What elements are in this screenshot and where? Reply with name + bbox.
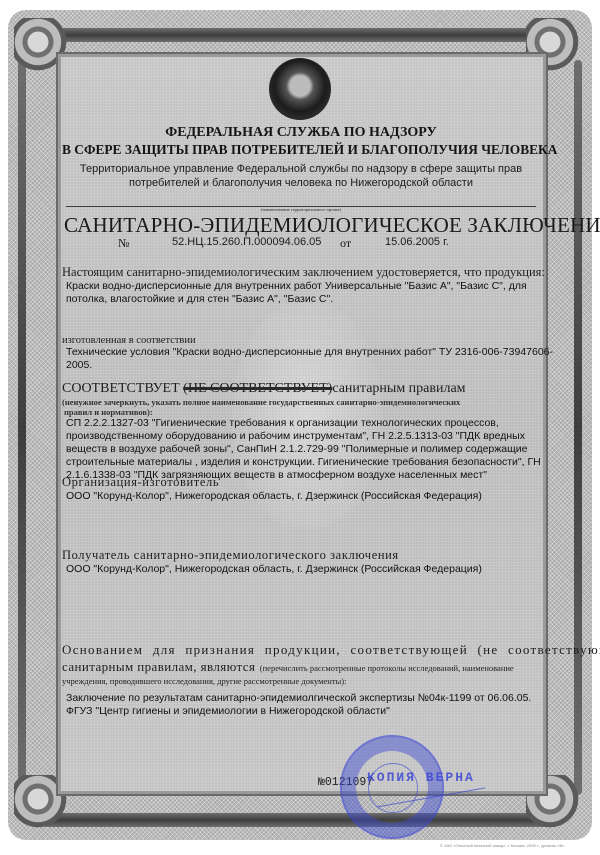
conformity-hint-line1: (ненужное зачеркнуть, указать полное наи… [62, 397, 540, 407]
hologram-emblem-icon [269, 58, 331, 120]
number-label: № [118, 236, 129, 251]
conformity-line: СООТВЕТСТВУЕТ (НЕ СООТВЕТСТВУЕТ)санитарн… [62, 381, 540, 397]
manufactured-section: изготовленная в соответствии Технические… [62, 335, 540, 372]
conformity-hint: (ненужное зачеркнуть, указать полное наи… [62, 397, 540, 417]
norms-line: производственному оборудованию и рабочим… [66, 430, 540, 443]
frame-wave-band-left [18, 60, 26, 795]
recipient-value: ООО "Корунд-Колор", Нижегородская област… [62, 563, 540, 576]
product-lead: Настоящим санитарно-эпидемиологическим з… [62, 265, 540, 280]
product-text-line1: Краски водно-дисперсионные для внутренни… [62, 280, 540, 293]
grounds-lead-text: санитарным правилам, являются [62, 659, 255, 674]
territorial-body-line1: Территориальное управление Федеральной с… [62, 162, 540, 176]
conformity-section: СООТВЕТСТВУЕТ (НЕ СООТВЕТСТВУЕТ)санитарн… [62, 381, 540, 482]
grounds-section: Основанием для признания продукции, соот… [62, 642, 540, 718]
norms-line: строительные материалы , изделия и конст… [66, 456, 540, 469]
territorial-body: Территориальное управление Федеральной с… [62, 162, 540, 190]
document-number: 52.НЦ.15.260.П.000094.06.05 [172, 236, 321, 248]
agency-heading-line2: В СФЕРЕ ЗАЩИТЫ ПРАВ ПОТРЕБИТЕЛЕЙ И БЛАГО… [62, 141, 540, 158]
manufacturer-section: Организация-изготовитель ООО "Корунд-Кол… [62, 475, 540, 503]
not-complies-text: (НЕ СООТВЕТСТВУЕТ) [183, 381, 332, 396]
frame-wave-band-top [40, 28, 560, 42]
rules-text: санитарным правилам [332, 381, 465, 396]
document-title: САНИТАРНО-ЭПИДЕМИОЛОГИЧЕСКОЕ ЗАКЛЮЧЕНИЕ [64, 213, 542, 238]
product-text-line2: потолка, влагостойкие и для стен "Базис … [62, 293, 540, 306]
grounds-hint-line1: (перечислить рассмотренные протоколы исс… [260, 663, 514, 673]
document-number-line: № 52.НЦ.15.260.П.000094.06.05 от 15.06.2… [62, 236, 540, 250]
grounds-text-line2: ФГУЗ "Центр гигиены и эпидемиологии в Ни… [62, 705, 540, 718]
frame-wave-band-right [574, 60, 582, 795]
manufacturer-value: ООО "Корунд-Колор", Нижегородская област… [62, 490, 540, 503]
territorial-body-caption: (наименование территориального органа) [62, 207, 540, 212]
date-label: от [340, 236, 351, 251]
recipient-label: Получатель санитарно-эпидемиологического… [62, 548, 540, 563]
territorial-body-line2: потребителей и благополучия человека по … [62, 176, 540, 190]
norms-list: СП 2.2.2.1327-03 "Гигиенические требован… [62, 417, 540, 482]
manufactured-label: изготовленная в соответствии [62, 335, 540, 346]
norms-line: СП 2.2.2.1327-03 "Гигиенические требован… [66, 417, 540, 430]
grounds-lead-line1: Основанием для признания продукции, соот… [62, 642, 540, 658]
complies-text: СООТВЕТСТВУЕТ [62, 381, 180, 396]
product-section: Настоящим санитарно-эпидемиологическим з… [62, 265, 540, 306]
agency-heading-line1: ФЕДЕРАЛЬНАЯ СЛУЖБА ПО НАДЗОРУ [62, 124, 540, 141]
manufactured-text-line2: 2005. [62, 359, 540, 372]
manufacturer-label: Организация-изготовитель [62, 475, 540, 490]
document-date: 15.06.2005 г. [385, 236, 449, 248]
frame-wave-band-bottom [40, 813, 560, 827]
manufactured-text-line1: Технические условия "Краски водно-диспер… [62, 346, 540, 359]
norms-line: веществ в воздухе рабочей зоны", СанПиН … [66, 443, 540, 456]
grounds-hint-line2: учреждения, проводившего исследования, д… [62, 676, 540, 686]
recipient-section: Получатель санитарно-эпидемиологического… [62, 548, 540, 576]
printer-imprint: © ЗАО «Опытный печатный завод», г. Москв… [440, 843, 564, 848]
conformity-hint-line2: правил и нормативов): [62, 407, 540, 417]
grounds-lead-line2: санитарным правилам, являются (перечисли… [62, 658, 540, 676]
grounds-text-line1: Заключение по результатам санитарно-эпид… [62, 692, 540, 705]
agency-heading: ФЕДЕРАЛЬНАЯ СЛУЖБА ПО НАДЗОРУ В СФЕРЕ ЗА… [62, 124, 540, 158]
